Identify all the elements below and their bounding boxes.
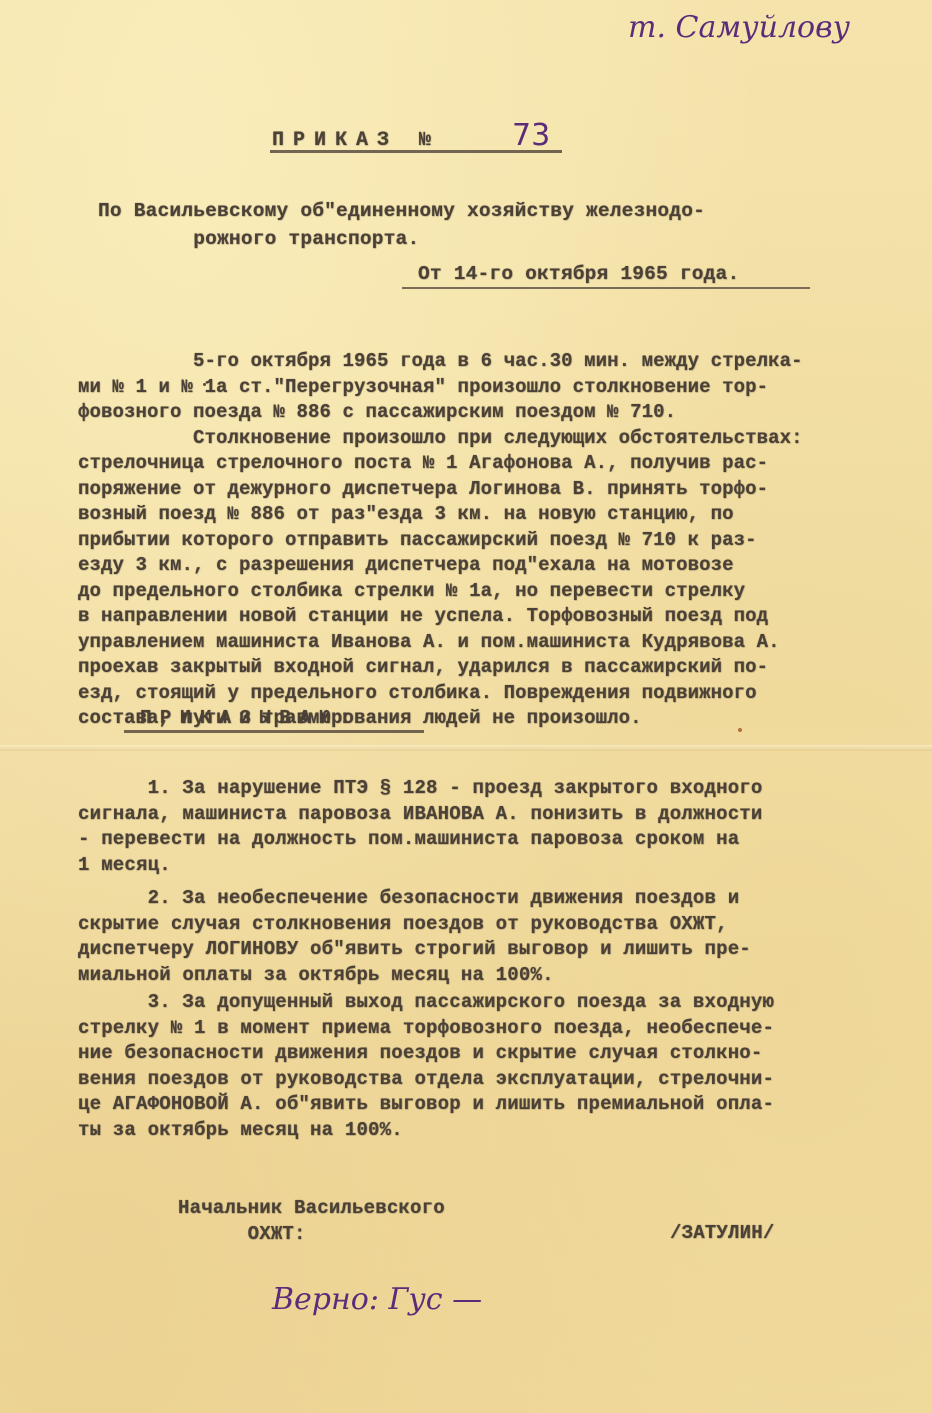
handwritten-addressee-note: т. Самуйлову	[628, 10, 850, 45]
ink-spot	[203, 383, 206, 386]
paper-fold-crease	[0, 745, 932, 751]
document-subtitle: По Васильевскому об"единенному хозяйству…	[98, 197, 705, 253]
order-heading: ПРИКАЗЫВАЮ:	[140, 706, 359, 732]
handwritten-order-number: 73	[512, 118, 550, 153]
order-item-1: 1. За нарушение ПТЭ § 128 - проезд закры…	[78, 776, 763, 878]
incident-description: 5-го октября 1965 года в 6 час.30 мин. м…	[78, 349, 803, 732]
order-item-2: 2. За необеспечение безопасности движени…	[78, 886, 751, 988]
signatory-name: /ЗАТУЛИН/	[670, 1221, 774, 1247]
handwritten-certification: Верно: Гус —	[272, 1282, 482, 1317]
date-underline	[402, 287, 810, 289]
order-heading-underline	[124, 730, 424, 733]
document-date: От 14-го октября 1965 года.	[418, 262, 739, 288]
title-underline	[270, 150, 562, 153]
signatory-position: Начальник Васильевского ОХЖТ:	[178, 1196, 445, 1247]
order-item-3: 3. За допущенный выход пассажирского пое…	[78, 990, 774, 1143]
ink-spot	[738, 728, 742, 732]
